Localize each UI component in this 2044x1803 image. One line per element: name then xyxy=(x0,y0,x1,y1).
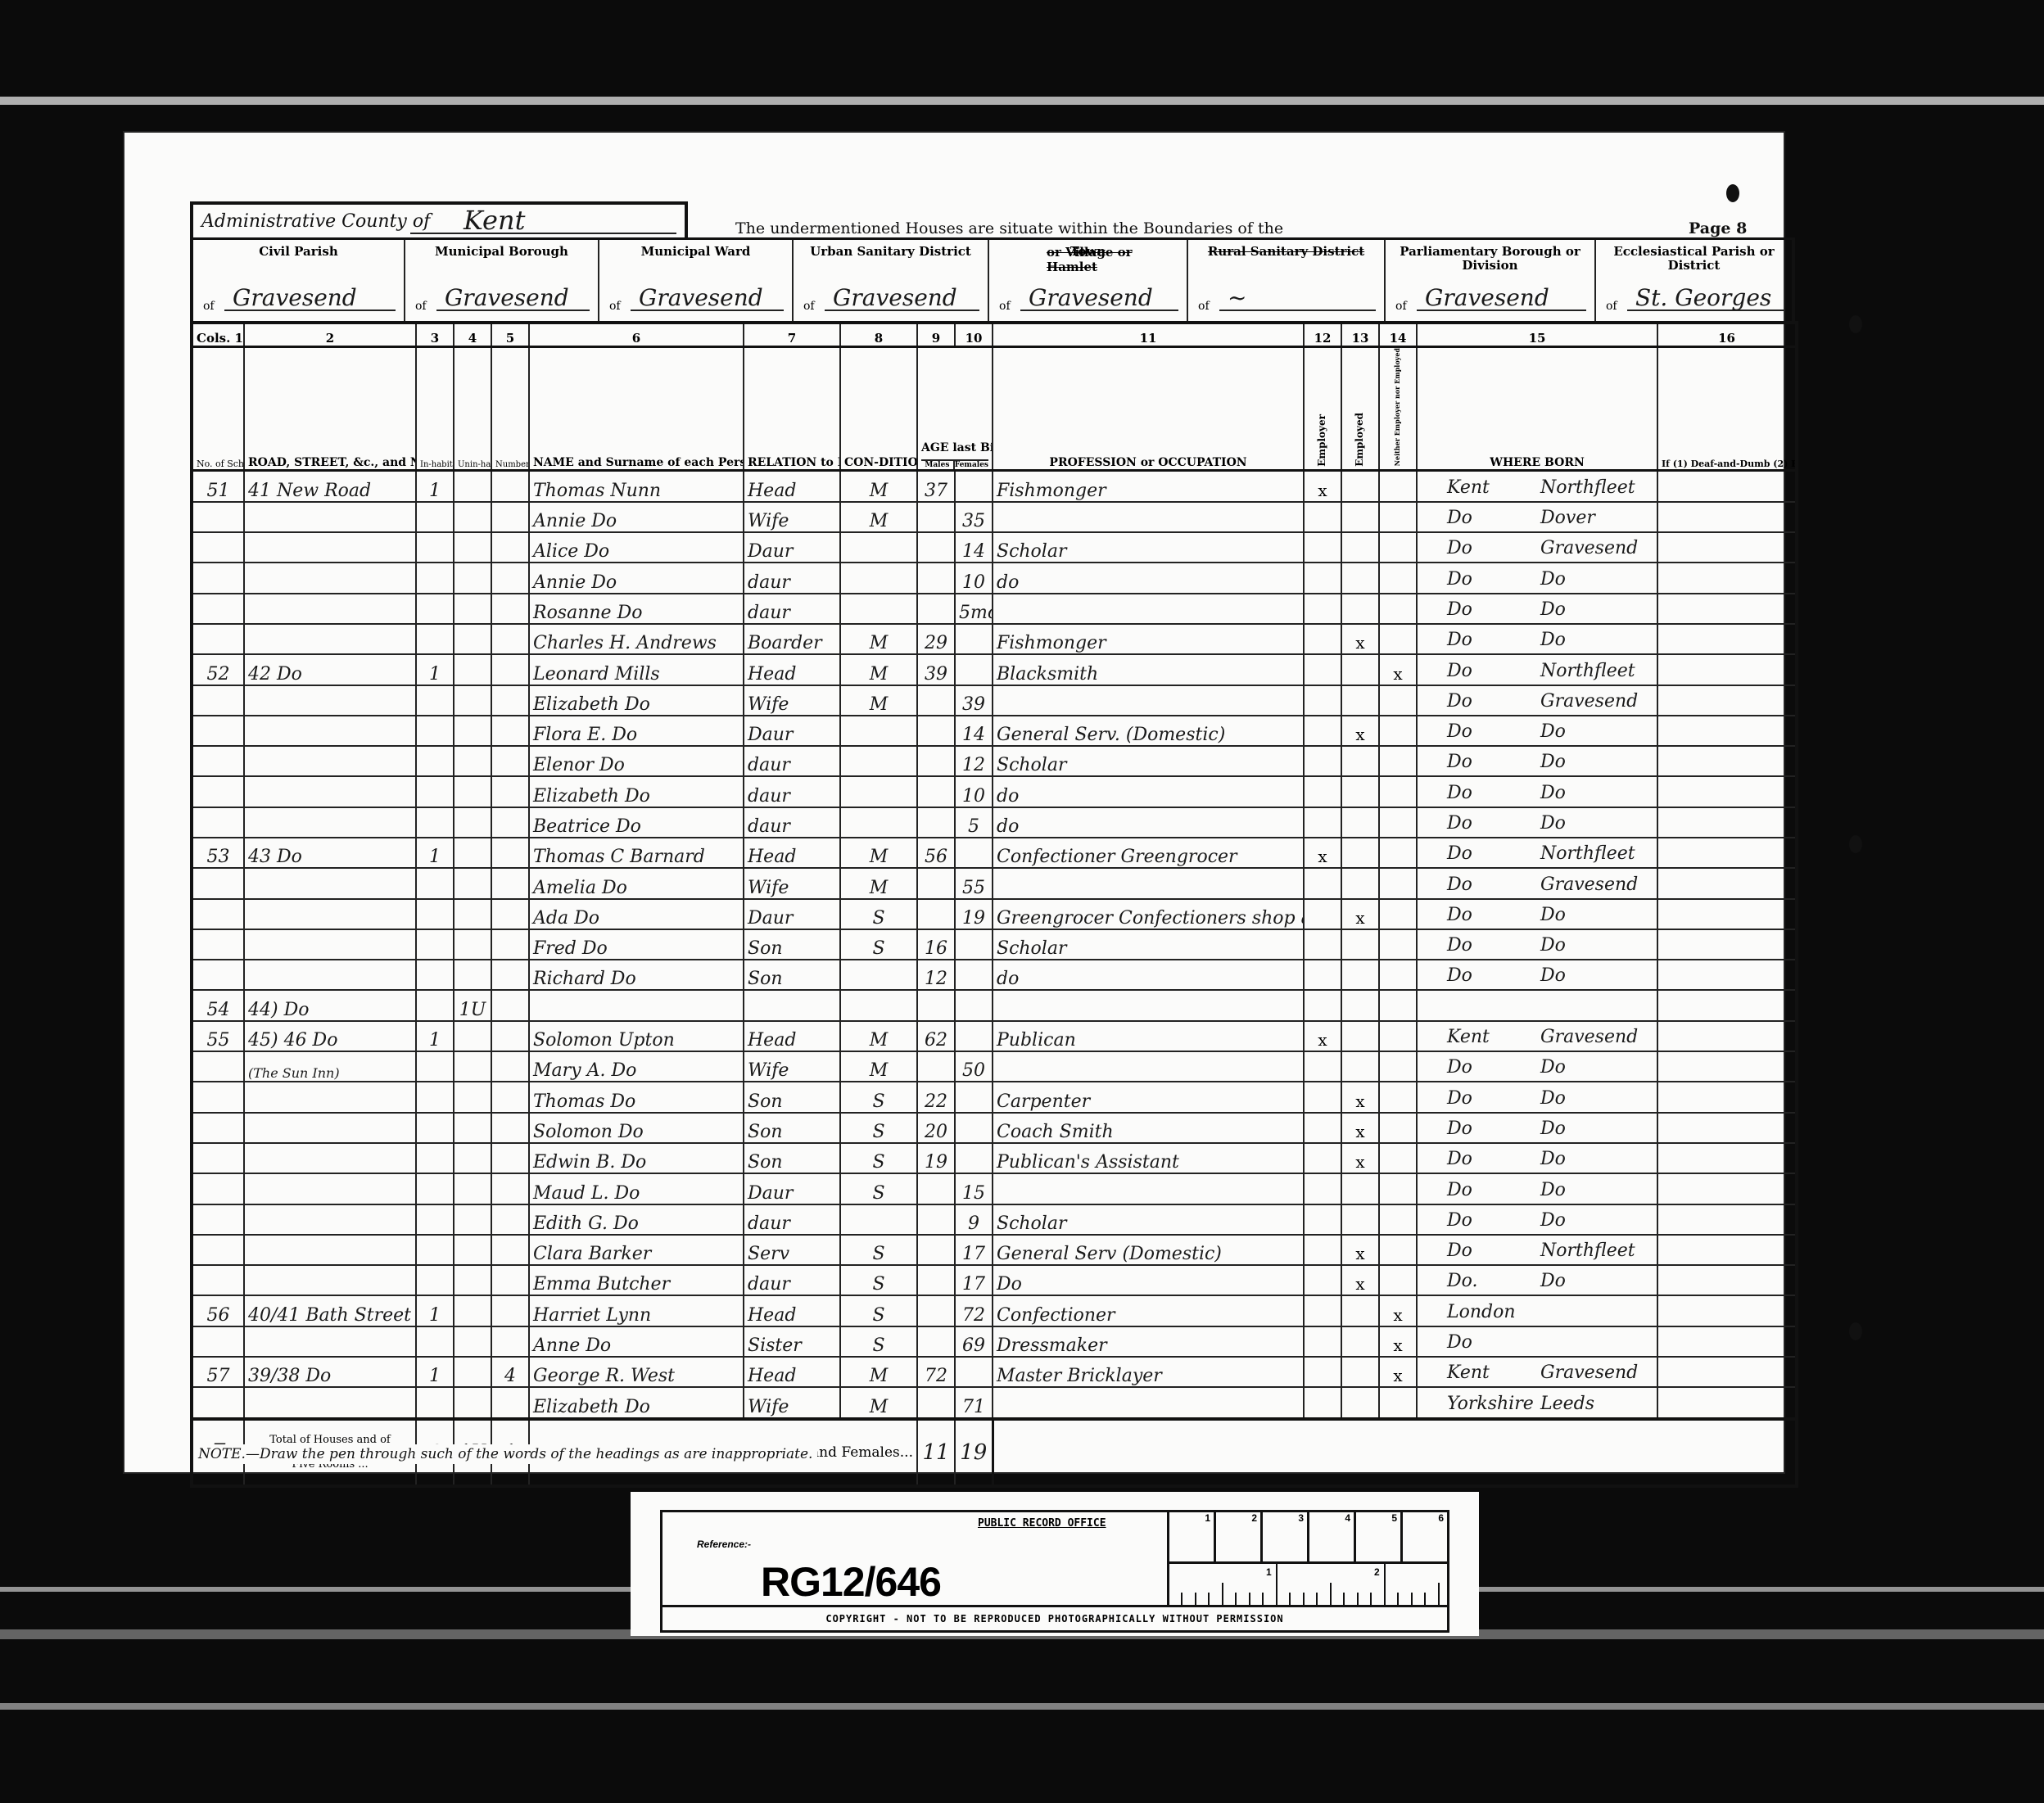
born-place: Dover xyxy=(1540,508,1595,528)
born-place: Do xyxy=(1540,965,1566,986)
relation-text: Daur xyxy=(748,725,793,745)
person-name xyxy=(529,990,744,1020)
neither-mark xyxy=(1379,471,1417,502)
district-ecclesiastical-parish-or-district: Ecclesiastical Parish or DistrictofSt. G… xyxy=(1596,240,1792,321)
male-age-text: 22 xyxy=(925,1091,947,1112)
ruler-tick xyxy=(1222,1583,1223,1607)
infirmity xyxy=(1657,929,1797,960)
infirmity xyxy=(1657,1357,1797,1387)
infirmity xyxy=(1657,1082,1797,1112)
uninhabited xyxy=(454,1326,491,1357)
occupation: Scholar xyxy=(993,532,1304,563)
rooms xyxy=(491,1326,529,1357)
person-name: Mary A. Do xyxy=(529,1051,744,1082)
relation: Wife xyxy=(744,685,840,716)
born-county: DoDo xyxy=(1417,746,1657,776)
punch-hole xyxy=(1849,315,1862,333)
born-county: DoDo xyxy=(1417,1204,1657,1235)
table-row: 5343 Do1Thomas C BarnardHeadM56Confectio… xyxy=(192,838,1797,868)
person-name-text: Richard Do xyxy=(533,969,636,989)
district-value: Gravesend xyxy=(1417,287,1586,311)
rooms xyxy=(491,654,529,685)
neither-mark xyxy=(1379,1021,1417,1051)
person-name: Richard Do xyxy=(529,960,744,990)
column-number: 15 xyxy=(1417,323,1657,347)
relation-text: Head xyxy=(748,664,796,685)
employed-mark: x xyxy=(1341,899,1379,929)
address xyxy=(244,624,416,654)
male-age xyxy=(917,1235,955,1265)
relation: daur xyxy=(744,1204,840,1235)
person-name: Emma Butcher xyxy=(529,1265,744,1295)
infirmity xyxy=(1657,990,1797,1020)
female-age-text: 15 xyxy=(962,1183,985,1204)
female-age: 55 xyxy=(955,868,993,898)
column-number: 8 xyxy=(840,323,917,347)
district-title: Ecclesiastical Parish or District xyxy=(1596,245,1792,272)
neither-mark xyxy=(1379,624,1417,654)
uninhabited xyxy=(454,685,491,716)
rooms xyxy=(491,716,529,746)
heading-neither: Neither Employer nor Employed xyxy=(1379,347,1417,471)
employed-mark xyxy=(1341,563,1379,593)
person-name-text: Solomon Do xyxy=(533,1122,644,1142)
relation: Son xyxy=(744,1082,840,1112)
female-age: 5 xyxy=(955,807,993,838)
person-name-text: George R. West xyxy=(533,1366,675,1386)
male-age xyxy=(917,532,955,563)
born-county: DoNorthfleet xyxy=(1417,654,1657,685)
infirmity xyxy=(1657,1326,1797,1357)
neither-mark-text: x xyxy=(1393,1305,1402,1325)
person-name: Harriet Lynn xyxy=(529,1295,744,1326)
employed-mark: x xyxy=(1341,1113,1379,1143)
heading-employer-label: Employer xyxy=(1317,414,1328,467)
born-county: Do.Do xyxy=(1417,1265,1657,1295)
address xyxy=(244,685,416,716)
neither-mark xyxy=(1379,502,1417,532)
rooms xyxy=(491,532,529,563)
occupation-text: Confectioner Greengrocer xyxy=(997,847,1237,867)
table-row: Elenor Dodaur12ScholarDoDo xyxy=(192,746,1797,776)
female-age: 14 xyxy=(955,716,993,746)
occupation xyxy=(993,594,1304,624)
column-number: 10 xyxy=(955,323,993,347)
female-age: 14 xyxy=(955,532,993,563)
born-county: Do xyxy=(1447,1332,1472,1353)
born-county: Do xyxy=(1447,661,1472,681)
heading-name: NAME and Surname of each Person xyxy=(529,347,744,471)
person-name-text: Edith G. Do xyxy=(533,1213,639,1234)
occupation: do xyxy=(993,960,1304,990)
schedule-number xyxy=(192,624,244,654)
occupation xyxy=(993,685,1304,716)
district-of-label: of xyxy=(1198,300,1210,313)
neither-mark xyxy=(1379,716,1417,746)
relation: Sister xyxy=(744,1326,840,1357)
inhabited: 1 xyxy=(416,1021,454,1051)
relation: Head xyxy=(744,838,840,868)
male-age: 16 xyxy=(917,929,955,960)
condition: S xyxy=(840,929,917,960)
heading-age: AGE last Birthday of Males Females xyxy=(917,347,993,471)
employed-mark xyxy=(1341,685,1379,716)
heading-rooms: Number of rooms occupied if less than fi… xyxy=(491,347,529,471)
occupation: Publican's Assistant xyxy=(993,1143,1304,1173)
born-place: Do xyxy=(1540,1210,1566,1231)
employed-mark-text: x xyxy=(1355,633,1364,653)
heading-employed-label: Employed xyxy=(1354,413,1366,467)
condition-text: M xyxy=(870,481,889,501)
female-age-text: 17 xyxy=(962,1274,985,1295)
employed-mark xyxy=(1341,807,1379,838)
female-age-text: 72 xyxy=(962,1305,985,1326)
district-title: Rural Sanitary District xyxy=(1188,245,1384,259)
infirmity xyxy=(1657,838,1797,868)
born-place: Gravesend xyxy=(1540,1362,1638,1383)
condition: S xyxy=(840,1295,917,1326)
inhabited-text: 1 xyxy=(429,1366,441,1386)
rooms xyxy=(491,868,529,898)
ruler-tick xyxy=(1276,1561,1277,1607)
schedule-number xyxy=(192,563,244,593)
schedule-number xyxy=(192,1143,244,1173)
person-name: Solomon Upton xyxy=(529,1021,744,1051)
column-number: 2 xyxy=(244,323,416,347)
uninhabited xyxy=(454,1173,491,1204)
rooms xyxy=(491,990,529,1020)
relation-text: daur xyxy=(748,603,790,623)
male-age-text: 20 xyxy=(925,1122,947,1142)
inhabited xyxy=(416,1051,454,1082)
person-name-text: Charles H. Andrews xyxy=(533,633,717,653)
female-age: 71 xyxy=(955,1387,993,1418)
district-of-label: of xyxy=(415,300,427,313)
ruler-cm: 123456 xyxy=(1169,1512,1449,1564)
born-county: Yorkshire xyxy=(1447,1394,1534,1414)
employer-mark: x xyxy=(1304,1021,1341,1051)
district-title: Municipal Borough xyxy=(405,245,598,259)
male-age xyxy=(917,1265,955,1295)
heading-infirmity: If (1) Deaf-and-Dumb (2) Blind (3) Lunat… xyxy=(1657,347,1797,471)
neither-mark: x xyxy=(1379,1326,1417,1357)
born-place: Do xyxy=(1540,569,1566,590)
female-age-text: 39 xyxy=(962,694,985,715)
employer-mark xyxy=(1304,990,1341,1020)
born-county: DoDo xyxy=(1417,899,1657,929)
admin-county-value: Kent xyxy=(464,205,525,236)
reference-number: RG12/646 xyxy=(761,1558,941,1606)
schedule-number: 57 xyxy=(192,1357,244,1387)
born-place: Northfleet xyxy=(1540,477,1635,498)
person-name-text: Mary A. Do xyxy=(533,1060,636,1081)
male-age xyxy=(917,1326,955,1357)
occupation xyxy=(993,990,1304,1020)
born-county: DoDo xyxy=(1417,929,1657,960)
occupation: Scholar xyxy=(993,1204,1304,1235)
heading-occupation: PROFESSION or OCCUPATION xyxy=(993,347,1304,471)
occupation: Fishmonger xyxy=(993,471,1304,502)
infirmity xyxy=(1657,1235,1797,1265)
employed-mark: x xyxy=(1341,1143,1379,1173)
relation: Head xyxy=(744,1021,840,1051)
occupation: Carpenter xyxy=(993,1082,1304,1112)
relation: Son xyxy=(744,929,840,960)
female-age: 50 xyxy=(955,1051,993,1082)
heading-relation: RELATION to Head of Family xyxy=(744,347,840,471)
person-name-text: Solomon Upton xyxy=(533,1030,675,1051)
born-county: DoDo xyxy=(1417,624,1657,654)
relation-text: Wife xyxy=(748,1397,789,1417)
born-place: Do xyxy=(1540,813,1566,834)
person-name-text: Thomas Do xyxy=(533,1091,635,1112)
occupation-text: Fishmonger xyxy=(997,481,1106,501)
district-civil-parish: Civil ParishofGravesend xyxy=(193,240,405,321)
occupation-text: Publican xyxy=(997,1030,1076,1051)
rooms xyxy=(491,685,529,716)
address-text: 44) Do xyxy=(248,1000,309,1020)
inhabited xyxy=(416,624,454,654)
born-county: Do xyxy=(1447,721,1472,742)
female-age xyxy=(955,1143,993,1173)
relation-text: daur xyxy=(748,1213,790,1234)
address xyxy=(244,1235,416,1265)
infirmity xyxy=(1657,1113,1797,1143)
district-title: Parliamentary Borough or Division xyxy=(1386,245,1594,272)
address: 45) 46 Do xyxy=(244,1021,416,1051)
inhabited-text: 1 xyxy=(429,847,441,867)
schedule-number xyxy=(192,1113,244,1143)
relation: Wife xyxy=(744,502,840,532)
census-table: Cols. 12345678910111213141516 No. of Sch… xyxy=(190,321,1798,1488)
rooms xyxy=(491,563,529,593)
neither-mark xyxy=(1379,899,1417,929)
born-county: KentGravesend xyxy=(1417,1021,1657,1051)
condition xyxy=(840,716,917,746)
infirmity xyxy=(1657,1265,1797,1295)
district-title: Civil Parish xyxy=(193,245,404,259)
female-age-text: 10 xyxy=(962,572,985,593)
person-name-text: Anne Do xyxy=(533,1335,611,1356)
condition xyxy=(840,594,917,624)
heading-inhabited: In-habit-ed xyxy=(416,347,454,471)
district-of-label: of xyxy=(203,300,215,313)
occupation: Fishmonger xyxy=(993,624,1304,654)
inhabited xyxy=(416,899,454,929)
infirmity xyxy=(1657,716,1797,746)
condition-text: S xyxy=(872,1091,884,1112)
schedule-number xyxy=(192,1265,244,1295)
condition-text: M xyxy=(870,633,889,653)
infirmity xyxy=(1657,471,1797,502)
relation xyxy=(744,990,840,1020)
male-age xyxy=(917,868,955,898)
female-age-text: 71 xyxy=(962,1397,985,1417)
person-name-text: Elizabeth Do xyxy=(533,786,650,807)
employed-mark xyxy=(1341,1173,1379,1204)
occupation-text: do xyxy=(997,816,1019,837)
footnote: NOTE.—Draw the pen through such of the w… xyxy=(193,1444,817,1464)
born-county: Kent xyxy=(1447,477,1490,498)
employer-mark xyxy=(1304,960,1341,990)
female-age: 10 xyxy=(955,776,993,807)
district-rural-sanitary-district: Rural Sanitary Districtof~ xyxy=(1188,240,1386,321)
schedule-number xyxy=(192,776,244,807)
employed-mark xyxy=(1341,594,1379,624)
female-age xyxy=(955,1113,993,1143)
born-place: Do xyxy=(1540,1149,1566,1169)
table-row: Flora E. DoDaur14General Serv. (Domestic… xyxy=(192,716,1797,746)
female-age xyxy=(955,838,993,868)
male-age: 19 xyxy=(917,1143,955,1173)
schedule-number-text: 51 xyxy=(207,481,230,501)
occupation-text: Scholar xyxy=(997,938,1066,959)
born-place: Do xyxy=(1540,630,1566,650)
rooms xyxy=(491,1295,529,1326)
person-name: Elenor Do xyxy=(529,746,744,776)
inhabited xyxy=(416,502,454,532)
schedule-number-text: 53 xyxy=(207,847,230,867)
relation-text: daur xyxy=(748,786,790,807)
occupation-text: Dressmaker xyxy=(997,1335,1107,1356)
schedule-number xyxy=(192,929,244,960)
column-number: 13 xyxy=(1341,323,1379,347)
employer-mark: x xyxy=(1304,471,1341,502)
district-municipal-ward: Municipal WardofGravesend xyxy=(599,240,794,321)
uninhabited xyxy=(454,1235,491,1265)
ruler-cm-mark: 3 xyxy=(1263,1512,1309,1561)
rooms xyxy=(491,1143,529,1173)
reference-card-border: PUBLIC RECORD OFFICE Reference:- RG12/64… xyxy=(660,1510,1449,1633)
schedule-number xyxy=(192,594,244,624)
district-parliamentary-borough-or-division: Parliamentary Borough or DivisionofGrave… xyxy=(1386,240,1596,321)
relation: Daur xyxy=(744,899,840,929)
condition: S xyxy=(840,1082,917,1112)
table-row: Fred DoSonS16ScholarDoDo xyxy=(192,929,1797,960)
relation: daur xyxy=(744,563,840,593)
female-age-text: 12 xyxy=(962,755,985,775)
neither-mark: x xyxy=(1379,654,1417,685)
employer-mark xyxy=(1304,1235,1341,1265)
born-county: Do xyxy=(1447,1088,1472,1109)
rooms xyxy=(491,1113,529,1143)
condition-text: M xyxy=(870,1397,889,1417)
person-name-text: Leonard Mills xyxy=(533,664,660,685)
district-title: Municipal Ward xyxy=(599,245,792,259)
born-county: Do. xyxy=(1447,1271,1478,1291)
uninhabited xyxy=(454,899,491,929)
male-age xyxy=(917,776,955,807)
person-name-text: Fred Do xyxy=(533,938,608,959)
rooms xyxy=(491,929,529,960)
table-row: Anne DoSisterS69DressmakerxDo xyxy=(192,1326,1797,1357)
condition xyxy=(840,563,917,593)
district-urban-sanitary-district: Urban Sanitary DistrictofGravesend xyxy=(794,240,989,321)
male-age: 22 xyxy=(917,1082,955,1112)
employed-mark: x xyxy=(1341,716,1379,746)
address xyxy=(244,899,416,929)
schedule-number xyxy=(192,807,244,838)
schedule-number xyxy=(192,1326,244,1357)
ruler-cm-mark: 5 xyxy=(1356,1512,1403,1561)
heading-females: Females xyxy=(955,461,988,469)
born-county: Do xyxy=(1447,691,1472,712)
neither-mark xyxy=(1379,990,1417,1020)
born-county: Do xyxy=(1447,569,1472,590)
heading-uninhabited: Unin-habited (U.), or Building (B.) xyxy=(454,347,491,471)
relation: Daur xyxy=(744,1173,840,1204)
district-of-label: of xyxy=(1395,300,1407,313)
person-name-text: Emma Butcher xyxy=(533,1274,670,1295)
born-county: Do xyxy=(1447,538,1472,558)
employer-mark xyxy=(1304,1173,1341,1204)
inhabited: 1 xyxy=(416,1357,454,1387)
employed-mark xyxy=(1341,1295,1379,1326)
occupation-text: Scholar xyxy=(997,755,1066,775)
born-county: Do xyxy=(1447,1180,1472,1200)
employer-mark xyxy=(1304,563,1341,593)
condition: M xyxy=(840,685,917,716)
schedule-number xyxy=(192,716,244,746)
born-place: Gravesend xyxy=(1540,1027,1638,1047)
rooms xyxy=(491,1204,529,1235)
condition: M xyxy=(840,1387,917,1418)
district-of-label: of xyxy=(803,300,815,313)
address: 40/41 Bath Street xyxy=(244,1295,416,1326)
female-age-text: 10 xyxy=(962,786,985,807)
male-age xyxy=(917,1295,955,1326)
female-age-text: 17 xyxy=(962,1244,985,1264)
district-town: Townor Village or HamletofGravesend xyxy=(989,240,1188,321)
condition xyxy=(840,776,917,807)
address xyxy=(244,746,416,776)
infirmity xyxy=(1657,1021,1797,1051)
born-county: Do xyxy=(1447,965,1472,986)
occupation-text: General Serv. (Domestic) xyxy=(997,725,1225,745)
district-of-label: of xyxy=(999,300,1011,313)
address xyxy=(244,563,416,593)
employed-mark-text: x xyxy=(1355,725,1364,744)
occupation-text: Publican's Assistant xyxy=(997,1152,1179,1173)
uninhabited xyxy=(454,716,491,746)
male-age: 20 xyxy=(917,1113,955,1143)
table-row: Charles H. AndrewsBoarderM29FishmongerxD… xyxy=(192,624,1797,654)
address xyxy=(244,960,416,990)
inhabited-text: 1 xyxy=(429,1030,441,1051)
ruler-inch-label: 2 xyxy=(1374,1566,1380,1578)
employer-mark xyxy=(1304,502,1341,532)
schedule-number xyxy=(192,502,244,532)
table-row: Elizabeth Dodaur10doDoDo xyxy=(192,776,1797,807)
neither-mark xyxy=(1379,1173,1417,1204)
inhabited xyxy=(416,807,454,838)
born-county: Do xyxy=(1447,813,1472,834)
neither-mark xyxy=(1379,1235,1417,1265)
born-place: Do xyxy=(1540,1180,1566,1200)
inhabited xyxy=(416,594,454,624)
rooms xyxy=(491,471,529,502)
employer-mark xyxy=(1304,1082,1341,1112)
column-number: 7 xyxy=(744,323,840,347)
occupation xyxy=(993,1051,1304,1082)
neither-mark: x xyxy=(1379,1357,1417,1387)
address xyxy=(244,594,416,624)
column-number: 9 xyxy=(917,323,955,347)
table-row: Annie Dodaur10doDoDo xyxy=(192,563,1797,593)
relation-text: Daur xyxy=(748,908,793,929)
uninhabited xyxy=(454,471,491,502)
inhabited xyxy=(416,776,454,807)
